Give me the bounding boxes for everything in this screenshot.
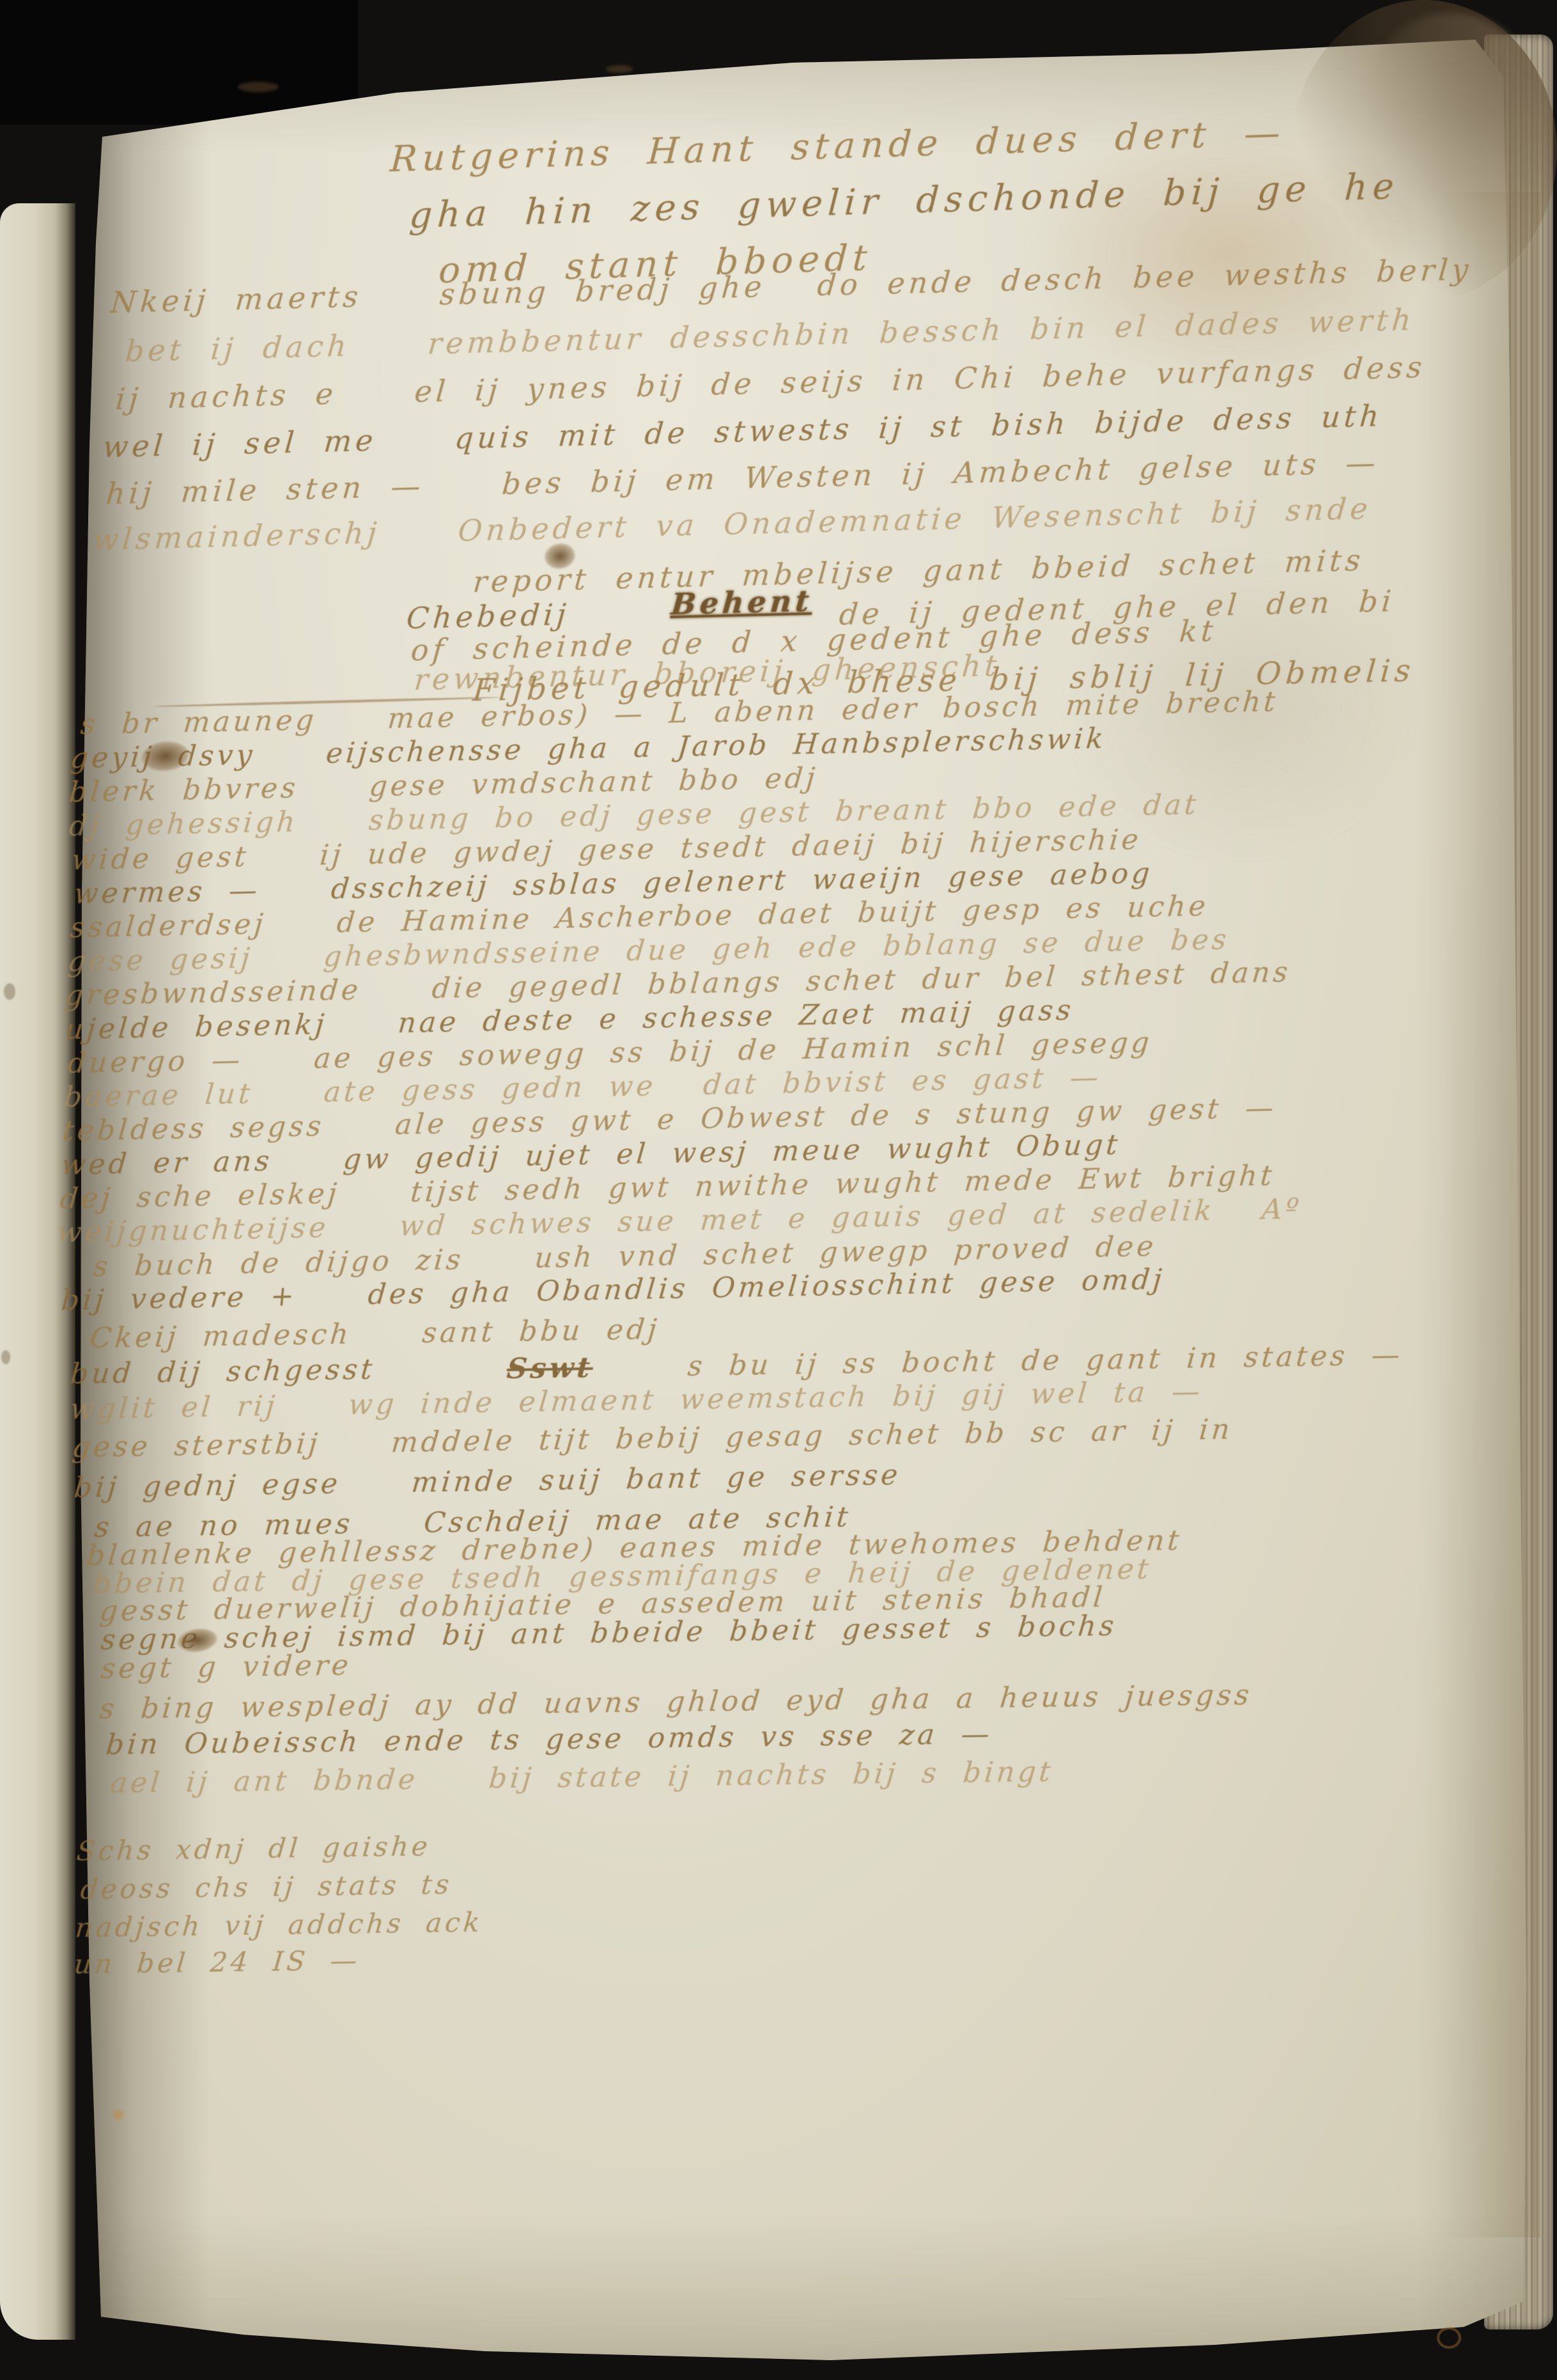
foxing-ring [1437,2327,1461,2349]
struck-out-word: Sswt [506,1354,594,1383]
edge-speck [1,1350,10,1364]
scanner-shadow [0,0,358,125]
edge-speck [4,983,15,1000]
footer-note-line: nadjsch vij addchs ack [74,1909,484,1941]
foxing-spot [110,2108,127,2121]
footer-note-line: un bel 24 IS — [73,1947,361,1978]
inked-over-word: Behent [670,586,814,619]
manuscript-line: segt g videre [100,1652,353,1684]
facing-page-edge [0,203,75,2340]
edge-smear [238,82,279,92]
edge-smear [606,65,633,73]
footer-note-line: deoss chs ij stats ts [79,1871,453,1903]
manuscript-line: bud dij schgesst [69,1356,376,1389]
edge-stain [1438,192,1540,2237]
footer-note-line: Schs xdnj dl gaishe [75,1833,432,1865]
manuscript-line: Chebedij [405,600,571,633]
scan-background: Rutgerins Hant stande dues dert — gha hi… [0,0,1557,2380]
